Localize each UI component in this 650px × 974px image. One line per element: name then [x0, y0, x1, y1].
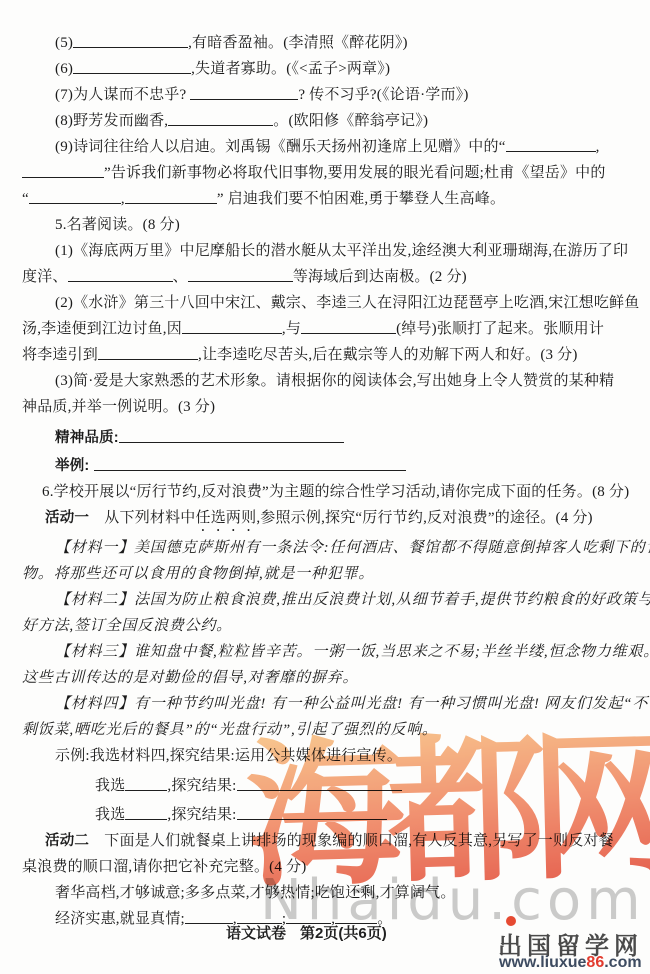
answer-blank: [506, 137, 596, 152]
text-segment: (7)为人谋而不忠乎?: [55, 87, 190, 103]
text-segment: 好方法,签订全国反浪费公约。: [22, 618, 232, 634]
text-segment: 。(欧阳修《醉翁亭记》): [273, 113, 428, 129]
text-line: 举例:: [22, 453, 638, 479]
answer-blank: [182, 319, 282, 334]
answer-blank: [29, 189, 121, 204]
text-segment: 示例:我选材料四,探究结果:运用公共媒体进行宣传。: [55, 748, 402, 764]
text-line: (9)诗词往往给人以启迪。刘禹锡《酬乐天扬州初逢席上见赠》中的“,: [22, 134, 638, 160]
text-segment: (绰号)张顺打了起来。张顺用计: [396, 321, 604, 337]
answer-blank: [73, 33, 188, 48]
text-line: 我选,探究结果:: [22, 773, 638, 799]
text-segment: 任选两则: [196, 510, 257, 526]
answer-blank: [301, 319, 396, 334]
answer-blank: [125, 805, 167, 820]
text-segment: ,失道者寡助。(《<孟子>两章》): [191, 61, 390, 77]
text-segment: ” 启迪我们要不怕困难,勇于攀登人生高峰。: [217, 191, 505, 207]
answer-blank: [168, 111, 273, 126]
text-segment: ? 传不习乎?(《论语·学而》): [298, 87, 468, 103]
answer-blank: [125, 776, 167, 791]
text-segment: 桌浪费的顺口溜,请你把它补充完整。(4 分): [22, 859, 306, 875]
text-segment: (9)诗词往往给人以启迪。刘禹锡《酬乐天扬州初逢席上见赠》中的“: [55, 139, 506, 155]
text-segment: 这些古训传达的是对勤俭的倡导,对奢靡的摒弃。: [22, 670, 358, 686]
answer-blank: [237, 776, 402, 791]
text-segment: “: [22, 191, 29, 207]
text-line: 物。将那些还可以食用的食物倒掉,就是一种犯罪。: [22, 561, 638, 587]
text-line: 度洋、、等海域后到达南极。(2 分): [22, 264, 638, 290]
answer-blank: [68, 267, 173, 282]
text-line: 神品质,并举一例说明。(3 分): [22, 394, 638, 420]
text-line: 奢华高档,才够诚意;多多点菜,才够热情;吃饱还剩,才算阔气。: [22, 880, 638, 906]
text-segment: 【材料三】谁知盘中餐,粒粒皆辛苦。一粥一饭,当思来之不易;半丝半缕,恒念物力维艰…: [55, 644, 650, 660]
text-line: “,” 启迪我们要不怕困难,勇于攀登人生高峰。: [22, 186, 638, 212]
text-line: 桌浪费的顺口溜,请你把它补充完整。(4 分): [22, 854, 638, 880]
site-url-prefix: www.liuxue: [499, 954, 586, 971]
text-line: ”告诉我们新事物必将取代旧事物,要用发展的眼光看问题;杜甫《望岳》中的: [22, 160, 638, 186]
answer-blank: [22, 163, 104, 178]
text-segment: 汤,李逵便到江边讨鱼,因: [22, 321, 182, 337]
text-segment: 6.学校开展以“厉行节约,反对浪费”为主题的综合性学习活动,请你完成下面的任务。…: [42, 484, 629, 500]
text-line: 【材料三】谁知盘中餐,粒粒皆辛苦。一粥一饭,当思来之不易;半丝半缕,恒念物力维艰…: [22, 639, 638, 665]
text-line: 示例:我选材料四,探究结果:运用公共媒体进行宣传。: [22, 743, 638, 769]
text-segment: 我选: [95, 807, 125, 823]
text-line: 【材料四】有一种节约叫光盘! 有一种公益叫光盘! 有一种习惯叫光盘! 网友们发起…: [22, 691, 638, 717]
text-segment: 【材料二】法国为防止粮食浪费,推出反浪费计划,从细节着手,提供节约粮食的好政策与: [55, 592, 650, 608]
text-segment: 下面是人们就餐桌上讲排场的现象编的顺口溜,有人反其意,另写了一则反对餐: [89, 833, 614, 849]
text-line: (2)《水浒》第三十八回中宋江、戴宗、李逵三人在浔阳江边琵琶亭上吃酒,宋江想吃鲜…: [22, 290, 638, 316]
text-segment: 剩饭菜,晒吃光后的餐具”的“光盘行动”,引起了强烈的反响。: [22, 722, 438, 738]
text-line: 剩饭菜,晒吃光后的餐具”的“光盘行动”,引起了强烈的反响。: [22, 717, 638, 743]
answer-blank: [119, 428, 344, 443]
liuxue-site-url: www.liuxue86.com: [499, 954, 642, 972]
text-segment: (2)《水浒》第三十八回中宋江、戴宗、李逵三人在浔阳江边琵琶亭上吃酒,宋江想吃鲜…: [55, 295, 639, 311]
text-line: (5),有暗香盈袖。(李清照《醉花阴》): [22, 30, 638, 56]
text-line: 精神品质:: [22, 425, 638, 451]
text-segment: (6): [55, 61, 73, 77]
text-segment: ,: [596, 139, 600, 155]
answer-blank: [98, 345, 198, 360]
text-line: (6),失道者寡助。(《<孟子>两章》): [22, 56, 638, 82]
text-line: 【材料二】法国为防止粮食浪费,推出反浪费计划,从细节着手,提供节约粮食的好政策与: [22, 587, 638, 613]
answer-blank: [188, 267, 293, 282]
page-number: 第2页(共6页): [300, 925, 387, 942]
text-segment: 精神品质:: [55, 430, 119, 446]
text-segment: 等海域后到达南极。(2 分): [293, 269, 467, 285]
text-line: (3)简·爱是大家熟悉的艺术形象。请根据你的阅读体会,写出她身上令人赞赏的某种精: [22, 368, 638, 394]
text-segment: (3)简·爱是大家熟悉的艺术形象。请根据你的阅读体会,写出她身上令人赞赏的某种精: [55, 373, 614, 389]
text-segment: 【材料一】美国德克萨斯州有一条法令:任何酒店、餐馆都不得随意倒掉客人吃剩下的食: [55, 540, 650, 556]
text-segment: 5.名著阅读。(8 分): [55, 217, 180, 233]
text-segment: 度洋、: [22, 269, 68, 285]
text-segment: 【材料四】有一种节约叫光盘! 有一种公益叫光盘! 有一种习惯叫光盘! 网友们发起…: [55, 696, 648, 712]
text-segment: 物。将那些还可以食用的食物倒掉,就是一种犯罪。: [22, 566, 374, 582]
text-segment: 从下列材料中: [89, 510, 195, 526]
text-segment: 奢华高档,才够诚意;多多点菜,才够热情;吃饱还剩,才算阔气。: [55, 885, 456, 901]
text-segment: ”告诉我们新事物必将取代旧事物,要用发展的眼光看问题;杜甫《望岳》中的: [104, 165, 606, 181]
text-line: (1)《海底两万里》中尼摩船长的潜水艇从太平洋出发,途经澳大利亚珊瑚海,在游历了…: [22, 238, 638, 264]
exam-page: (5),有暗香盈袖。(李清照《醉花阴》)(6),失道者寡助。(《<孟子>两章》)…: [0, 0, 650, 974]
text-segment: ,与: [282, 321, 301, 337]
text-segment: ,参照示例,探究“厉行节约,反对浪费”的途径。(4 分): [256, 510, 592, 526]
text-segment: 举例:: [55, 458, 94, 474]
answer-blank: [94, 456, 406, 471]
text-line: 活动一 从下列材料中任选两则,参照示例,探究“厉行节约,反对浪费”的途径。(4 …: [22, 505, 638, 535]
document-lines: (5),有暗香盈袖。(李清照《醉花阴》)(6),失道者寡助。(《<孟子>两章》)…: [22, 30, 638, 932]
answer-blank: [190, 85, 298, 100]
text-line: 5.名著阅读。(8 分): [22, 212, 638, 238]
text-segment: ,探究结果:: [167, 778, 236, 794]
text-segment: ,有暗香盈袖。(李清照《醉花阴》): [188, 35, 408, 51]
page-footer: 语文试卷第2页(共6页): [226, 922, 387, 943]
text-line: 好方法,签订全国反浪费公约。: [22, 613, 638, 639]
text-segment: 、: [173, 269, 188, 285]
answer-blank: [237, 805, 387, 820]
text-segment: (5): [55, 35, 73, 51]
text-segment: 我选: [95, 778, 125, 794]
doc-title: 语文试卷: [226, 925, 286, 942]
text-line: (7)为人谋而不忠乎? ? 传不习乎?(《论语·学而》): [22, 82, 638, 108]
text-segment: 活动二: [45, 833, 89, 849]
text-line: 这些古训传达的是对勤俭的倡导,对奢靡的摒弃。: [22, 665, 638, 691]
text-line: 汤,李逵便到江边讨鱼,因,与(绰号)张顺打了起来。张顺用计: [22, 316, 638, 342]
text-segment: (8)野芳发而幽香,: [55, 113, 168, 129]
site-url-number: 86: [586, 954, 604, 971]
text-segment: 将李逵引到: [22, 347, 98, 363]
site-url-suffix: .com: [604, 954, 641, 971]
text-line: 我选,探究结果:: [22, 802, 638, 828]
text-segment: 经济实惠,就显真情;: [55, 911, 185, 927]
text-line: (8)野芳发而幽香,。(欧阳修《醉翁亭记》): [22, 108, 638, 134]
text-line: 6.学校开展以“厉行节约,反对浪费”为主题的综合性学习活动,请你完成下面的任务。…: [22, 479, 638, 505]
text-line: 将李逵引到,让李逵吃尽苦头,后在戴宗等人的劝解下两人和好。(3 分): [22, 342, 638, 368]
answer-blank: [125, 189, 217, 204]
text-segment: 活动一: [45, 510, 89, 526]
text-segment: 神品质,并举一例说明。(3 分): [22, 399, 215, 415]
text-segment: ,探究结果:: [167, 807, 236, 823]
text-line: 【材料一】美国德克萨斯州有一条法令:任何酒店、餐馆都不得随意倒掉客人吃剩下的食: [22, 535, 638, 561]
answer-blank: [73, 59, 191, 74]
text-segment: ,让李逵吃尽苦头,后在戴宗等人的劝解下两人和好。(3 分): [198, 347, 578, 363]
text-segment: (1)《海底两万里》中尼摩船长的潜水艇从太平洋出发,途经澳大利亚珊瑚海,在游历了…: [55, 243, 628, 259]
text-line: 活动二 下面是人们就餐桌上讲排场的现象编的顺口溜,有人反其意,另写了一则反对餐: [22, 828, 638, 854]
